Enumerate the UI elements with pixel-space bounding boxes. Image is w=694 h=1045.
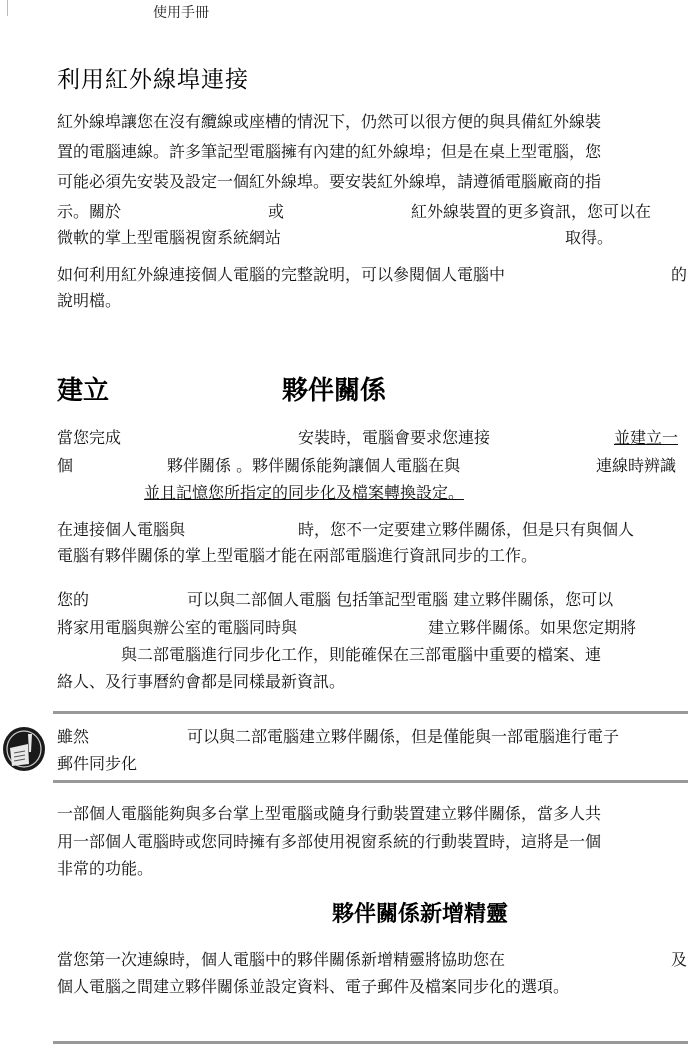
paragraph-line: 將家用電腦與辦公室的電腦同時與 [57,618,297,638]
paragraph-line: 夥伴關係 。夥伴關係能夠讓個人電腦在與 [167,456,460,476]
paragraph-line: 時，您不一定要建立夥伴關係，但是只有與個人 [298,520,634,540]
note-bottom-rule [53,780,688,783]
paragraph-line: 當您完成 [57,428,121,448]
section-heading-partnership-b: 夥伴關係 [282,376,386,406]
paragraph-line: 用一部個人電腦時或您同時擁有多部使用視窗系統的行動裝置時，這將是一個 [57,832,601,852]
paragraph-line: 紅外線裝置的更多資訊，您可以在 [411,202,651,222]
paragraph-line: 非常的功能。 [57,859,153,879]
note-line: 雖然 [57,727,89,747]
paragraph-line: 絡人、及行事曆約會都是同樣最新資訊。 [57,672,345,692]
paragraph-line: 紅外線埠讓您在沒有纜線或座槽的情況下，仍然可以很方便的與具備紅外線裝 [57,112,601,132]
paragraph-line: 並且記憶您所指定的同步化及檔案轉換設定。 [144,483,464,503]
paragraph-line: 並建立一 [614,428,678,448]
paragraph-line: 如何利用紅外線連接個人電腦的完整說明，可以參閱個人電腦中 [57,265,505,285]
paragraph-line: 您的 [57,590,89,610]
paragraph-line: 或 [268,202,284,222]
note-line: 郵件同步化 [57,754,137,774]
paragraph-line: 連線時辨識 [596,456,676,476]
note-line: 可以與二部電腦建立夥伴關係，但是僅能與一部電腦進行電子 [187,727,619,747]
note-top-rule [53,711,688,714]
paragraph-line: 可以與二部個人電腦 包括筆記型電腦 建立夥伴關係，您可以 [187,590,613,610]
section-heading-partnership-a: 建立 [57,376,109,406]
paragraph-line: 當您第一次連線時，個人電腦中的夥伴關係新增精靈將協助您在 [57,950,505,970]
page-bottom-rule [53,1041,688,1044]
running-head: 使用手冊 [153,4,209,22]
paragraph-line: 置的電腦連線。許多筆記型電腦擁有內建的紅外線埠；但是在桌上型電腦，您 [57,142,601,162]
paragraph-line: 與二部電腦進行同步化工作，則能確保在三部電腦中重要的檔案、連 [121,645,601,665]
paragraph-line: 微軟的掌上型電腦視窗系統網站 [57,228,281,248]
section-heading-infrared: 利用紅外線埠連接 [57,66,249,94]
paragraph-line: 及 [671,950,687,970]
note-icon [2,726,46,772]
paragraph-line: 說明檔。 [57,291,121,311]
paragraph-line: 一部個人電腦能夠與多台掌上型電腦或隨身行動裝置建立夥伴關係，當多人共 [57,804,601,824]
paragraph-line: 可能必須先安裝及設定一個紅外線埠。要安裝紅外線埠，請遵循電腦廠商的指 [57,172,601,192]
paragraph-line: 電腦有夥伴關係的掌上型電腦才能在兩部電腦進行資訊同步的工作。 [57,546,537,566]
paragraph-line: 在連接個人電腦與 [57,520,185,540]
paragraph-line: 示。關於 [57,202,121,222]
paragraph-line: 個 [57,456,73,476]
paragraph-line: 取得。 [565,228,613,248]
page-edge-line [7,0,8,16]
paragraph-line: 安裝時，電腦會要求您連接 [298,428,490,448]
section-heading-wizard: 夥伴關係新增精靈 [332,902,508,928]
paragraph-line: 建立夥伴關係。如果您定期將 [428,618,636,638]
paragraph-line: 的 [671,265,687,285]
paragraph-line: 個人電腦之間建立夥伴關係並設定資料、電子郵件及檔案同步化的選項。 [57,977,569,997]
